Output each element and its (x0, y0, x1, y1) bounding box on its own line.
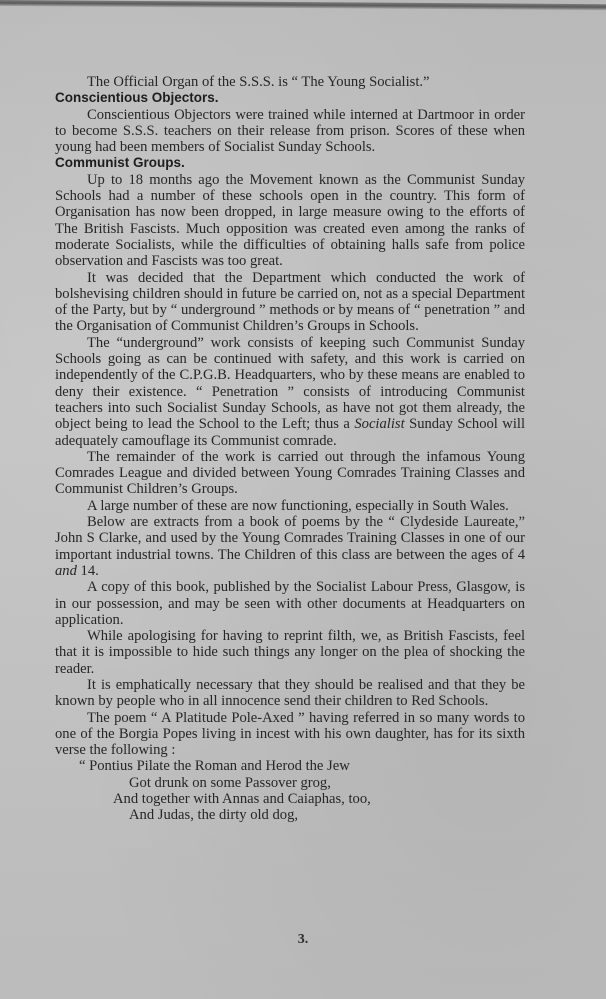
paragraph-underground-work: The “underground” work consists of keepi… (55, 335, 525, 449)
section-heading-conscientious-objectors: Conscientious Objectors. (55, 90, 525, 106)
verse-line: And together with Annas and Caiaphas, to… (55, 791, 525, 807)
page-top-edge (0, 0, 606, 10)
text-run: Below are extracts from a book of poems … (55, 514, 525, 563)
verse-line: Got drunk on some Passover grog, (55, 775, 525, 791)
verse-line: And Judas, the dirty old dog, (55, 807, 525, 823)
quoted-verse: “ Pontius Pilate the Roman and Herod the… (55, 758, 525, 823)
scanned-page: The Official Organ of the S.S.S. is “ Th… (0, 0, 606, 999)
page-number: 3. (0, 932, 606, 948)
paragraph-south-wales: A large number of these are now function… (55, 498, 525, 514)
page-body: The Official Organ of the S.S.S. is “ Th… (55, 74, 525, 824)
italic-text-run: and (55, 563, 77, 579)
verse-line: “ Pontius Pilate the Roman and Herod the… (55, 758, 525, 774)
italic-text-run: Socialist (354, 416, 404, 432)
paragraph-apology: While apologising for having to reprint … (55, 628, 525, 677)
section-heading-communist-groups: Communist Groups. (55, 155, 525, 171)
paragraph-conscientious-objectors: Conscientious Objectors were trained whi… (55, 107, 525, 156)
text-run: 14. (77, 563, 99, 579)
paragraph-department-decision: It was decided that the Department which… (55, 270, 525, 335)
paragraph-young-comrades-league: The remainder of the work is carried out… (55, 449, 525, 498)
paragraph-poem-extracts: Below are extracts from a book of poems … (55, 514, 525, 579)
paragraph-communist-sunday-schools: Up to 18 months ago the Movement known a… (55, 172, 525, 270)
intro-paragraph: The Official Organ of the S.S.S. is “ Th… (55, 74, 525, 90)
paragraph-poem-intro: The poem “ A Platitude Pole-Axed ” havin… (55, 710, 525, 759)
paragraph-book-copy: A copy of this book, published by the So… (55, 579, 525, 628)
paragraph-necessity: It is emphatically necessary that they s… (55, 677, 525, 710)
